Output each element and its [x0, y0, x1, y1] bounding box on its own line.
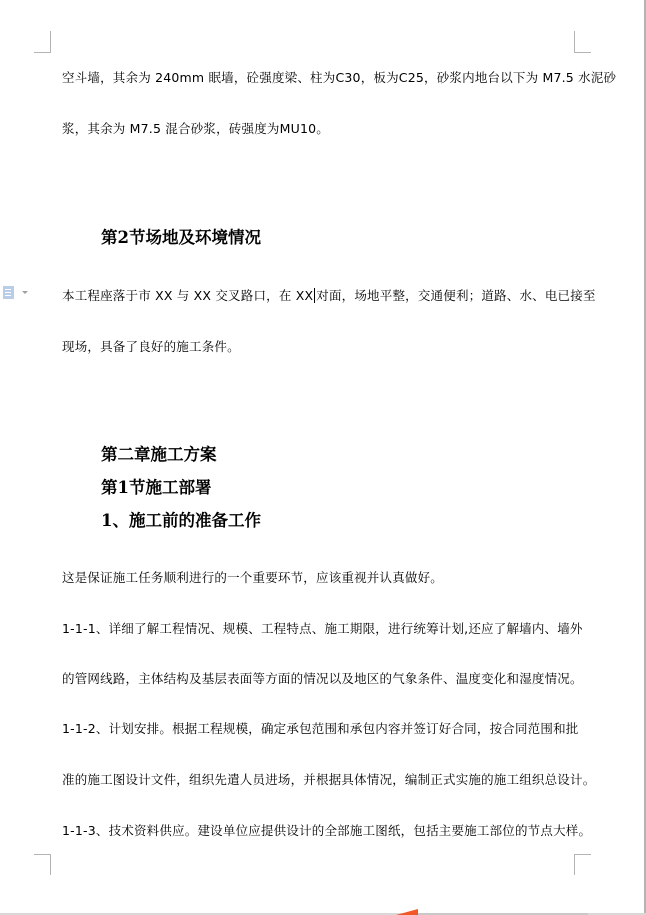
- list-item-line: 准的施工图设计文件，组织先遣人员进场，并根据具体情况，编制正式实施的施工组织总设…: [62, 770, 595, 788]
- list-item-line: 1-1-1、详细了解工程情况、规模、工程特点、施工期限，进行统筹计划,还应了解墙…: [62, 619, 583, 637]
- body-text-line: 现场，具备了良好的施工条件。: [62, 337, 240, 355]
- list-item-line: 的管网线路，主体结构及基层表面等方面的情况以及地区的气象条件、温度变化和湿度情况…: [62, 669, 583, 687]
- section-heading: 第2节场地及环境情况: [101, 224, 261, 248]
- list-item-line: 1-1-2、计划安排。根据工程规模，确定承包范围和承包内容并签订好合同，按合同范…: [62, 719, 578, 737]
- body-text-line: 空斗墙，其余为 240mm 眠墙，砼强度梁、柱为C30，板为C25，砂浆内地台以…: [62, 68, 616, 86]
- margin-mark-bottom-left: [34, 854, 51, 875]
- body-text-line: 本工程座落于市 XX 与 XX 交叉路口，在 XX对面，场地平整，交通便利；道路…: [62, 286, 596, 304]
- document-page[interactable]: 空斗墙，其余为 240mm 眠墙，砼强度梁、柱为C30，板为C25，砂浆内地台以…: [0, 0, 644, 915]
- text-before-cursor: 本工程座落于市 XX 与 XX 交叉路口，在 XX: [62, 288, 313, 303]
- document-paragraph-icon[interactable]: [3, 286, 14, 299]
- margin-mark-top-right: [574, 31, 591, 53]
- chevron-down-icon[interactable]: [22, 291, 28, 294]
- margin-mark-bottom-right: [574, 854, 591, 875]
- chapter-heading: 第二章施工方案: [101, 441, 217, 465]
- body-text-line: 浆，其余为 M7.5 混合砂浆，砖强度为MU10。: [62, 119, 329, 137]
- list-item-line: 1-1-3、技术资料供应。建设单位应提供设计的全部施工图纸，包括主要施工部位的节…: [62, 821, 591, 839]
- section-heading: 第1节施工部署: [101, 474, 211, 498]
- body-text-line: 这是保证施工任务顺利进行的一个重要环节，应该重视并认真做好。: [62, 568, 443, 586]
- subsection-heading: 1、施工前的准备工作: [101, 507, 261, 531]
- margin-mark-top-left: [34, 31, 51, 53]
- text-after-cursor: 对面，场地平整，交通便利；道路、水、电已接至: [316, 288, 595, 303]
